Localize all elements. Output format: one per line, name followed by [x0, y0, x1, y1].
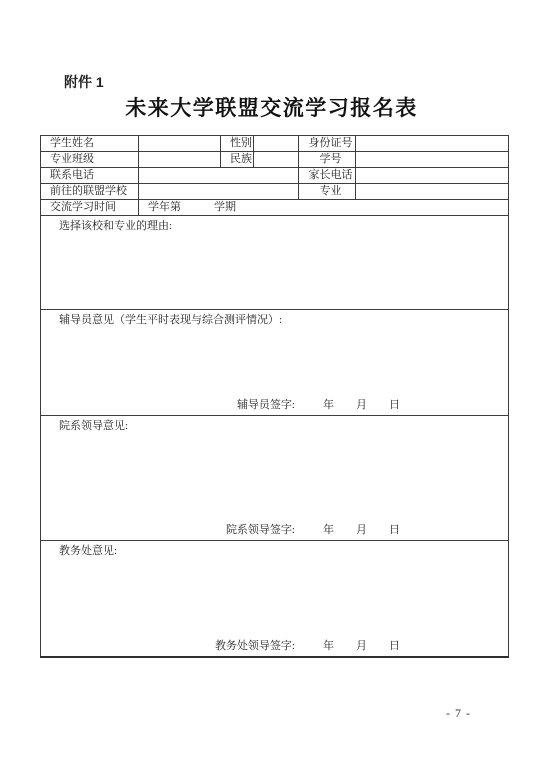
label-gender: 性别 — [221, 136, 254, 152]
counselor-signature-line: 辅导员签字: 年 月 日 — [237, 399, 400, 412]
label-student-name: 学生姓名 — [41, 136, 139, 152]
document-page: 附件 1 未来大学联盟交流学习报名表 学生姓名 性别 身份证号 专业班级 民族 … — [0, 0, 543, 768]
section-counselor-area: 辅导员意见（学生平时表现与综合测评情况）: 辅导员签字: 年 月 日 — [50, 310, 506, 415]
label-exchange-period: 交流学习时间 — [41, 200, 139, 216]
section-office-area: 教务处意见: 教务处领导签字: 年 月 日 — [50, 541, 506, 656]
input-cell-gender — [254, 136, 299, 152]
input-cell-student-name — [139, 136, 221, 152]
label-counselor-opinion: 辅导员意见（学生平时表现与综合测评情况）: — [50, 310, 506, 328]
row-dean-opinion: 院系领导意见: 院系领导签字: 年 月 日 — [41, 416, 509, 541]
label-contact-phone: 联系电话 — [41, 168, 139, 184]
input-cell-id-number — [356, 136, 509, 152]
office-date-text: 年 月 日 — [323, 640, 400, 653]
dean-signature-line: 院系领导签字: 年 月 日 — [226, 524, 400, 537]
input-cell-exchange-period: 学年第 学期 — [139, 200, 509, 216]
counselor-date-text: 年 月 日 — [323, 399, 400, 412]
input-cell-contact-phone — [139, 168, 299, 184]
input-cell-major-class — [139, 152, 221, 168]
label-alliance-school: 前往的联盟学校 — [41, 184, 139, 200]
page-number: - 7 - — [446, 706, 471, 721]
label-ethnicity: 民族 — [221, 152, 254, 168]
input-cell-ethnicity — [254, 152, 299, 168]
row-contact-phone: 联系电话 家长电话 — [41, 168, 509, 184]
section-office-opinion: 教务处意见: 教务处领导签字: 年 月 日 — [41, 541, 509, 658]
counselor-signature-label: 辅导员签字: — [237, 399, 295, 412]
label-reason: 选择该校和专业的理由: — [50, 216, 506, 234]
office-signature-line: 教务处领导签字: 年 月 日 — [215, 640, 400, 653]
input-cell-alliance-school — [139, 184, 299, 200]
row-alliance-school: 前往的联盟学校 专业 — [41, 184, 509, 200]
section-reason-area: 选择该校和专业的理由: — [50, 216, 506, 309]
section-counselor-opinion: 辅导员意见（学生平时表现与综合测评情况）: 辅导员签字: 年 月 日 — [41, 310, 509, 416]
form-title: 未来大学联盟交流学习报名表 — [0, 92, 543, 122]
attachment-label: 附件 1 — [64, 72, 104, 92]
section-dean-opinion: 院系领导意见: 院系领导签字: 年 月 日 — [41, 416, 509, 541]
label-id-number: 身份证号 — [299, 136, 356, 152]
label-office-opinion: 教务处意见: — [50, 541, 506, 559]
row-counselor-opinion: 辅导员意见（学生平时表现与综合测评情况）: 辅导员签字: 年 月 日 — [41, 310, 509, 416]
application-form-table: 学生姓名 性别 身份证号 专业班级 民族 学号 联系电话 家长电话 前往的联盟学… — [40, 135, 509, 658]
label-parent-phone: 家长电话 — [299, 168, 356, 184]
section-dean-area: 院系领导意见: 院系领导签字: 年 月 日 — [50, 416, 506, 540]
section-reason: 选择该校和专业的理由: — [41, 216, 509, 310]
label-major: 专业 — [299, 184, 356, 200]
office-signature-label: 教务处领导签字: — [215, 640, 295, 653]
row-major-class: 专业班级 民族 学号 — [41, 152, 509, 168]
label-student-number: 学号 — [299, 152, 356, 168]
dean-signature-label: 院系领导签字: — [226, 524, 295, 537]
input-cell-student-number — [356, 152, 509, 168]
row-student-name: 学生姓名 性别 身份证号 — [41, 136, 509, 152]
label-dean-opinion: 院系领导意见: — [50, 416, 506, 434]
input-cell-major — [356, 184, 509, 200]
input-cell-parent-phone — [356, 168, 509, 184]
row-exchange-period: 交流学习时间 学年第 学期 — [41, 200, 509, 216]
dean-date-text: 年 月 日 — [323, 524, 400, 537]
label-major-class: 专业班级 — [41, 152, 139, 168]
row-reason: 选择该校和专业的理由: — [41, 216, 509, 310]
row-office-opinion: 教务处意见: 教务处领导签字: 年 月 日 — [41, 541, 509, 658]
